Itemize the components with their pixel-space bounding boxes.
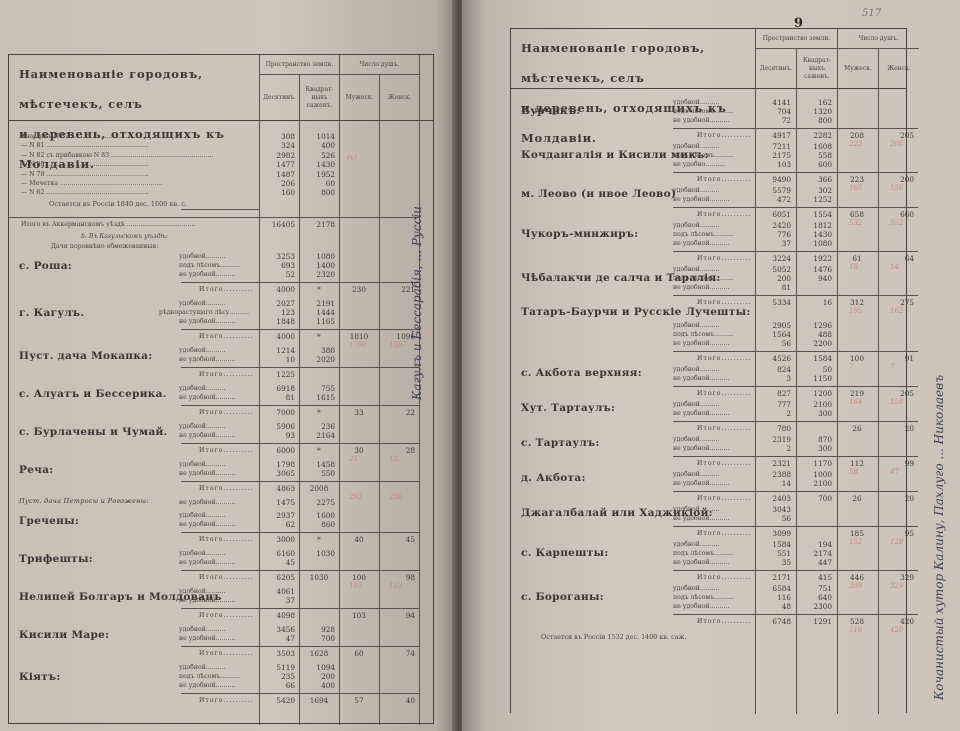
pencil-correction-male: 21 [349,455,358,463]
district-total-desyatin: 16405 [259,220,295,229]
land-type-label: подъ лѣсомъ.......... [179,262,240,269]
divider [181,646,419,647]
land-type-label: не удобной.......... [179,682,235,689]
land-type-label: не удобной.......... [179,318,235,325]
sazhen-value: 2174 [796,549,832,558]
desyatin-value: 4141 [755,98,791,107]
land-type-label: не удобной.......... [179,635,235,642]
settlement-name: с. Карпешты: [521,547,609,559]
sazhen-value: 1000 [796,470,832,479]
sazhen-value: 755 [299,384,335,393]
divider [673,251,918,252]
pencil-correction-male: 292 [349,493,362,501]
total-male: 112 [839,459,875,468]
total-male: 230 [341,285,377,294]
land-type-label: удобной.......... [673,266,720,273]
land-type-label: удобной.......... [179,512,226,519]
total-desyatin: 4917 [755,131,791,140]
total-sazhen: 366 [796,175,832,184]
total-label: Итого.......... [199,409,253,416]
divider [673,128,918,129]
left-table-header: Наименованіе городовъ, мѣстечекъ, селъ и… [9,55,433,121]
desyatin-value: 56 [755,514,791,523]
sazhen-value: 2320 [299,270,335,279]
desyatin-value: 62 [259,520,295,529]
total-desyatin: 3000 [259,535,295,544]
plot-row-label: — N 82 съ прибавкою N 83 ...............… [21,152,213,159]
land-type-label: не удобной.......... [673,284,729,291]
total-male: 40 [341,535,377,544]
divider [673,614,918,615]
desyatin-value: 66 [259,681,295,690]
total-desyatin: 4098 [259,611,295,620]
land-type-label: рѣдкорастущаго лѣсу.......... [159,309,249,316]
desyatin-value: 824 [755,365,791,374]
pencil-correction-male: 7 [849,363,853,371]
pencil-correction-male: 165 [849,184,862,192]
divider [673,172,918,173]
desyatin-value: 235 [259,672,295,681]
divider [181,443,419,444]
total-label: Итого.......... [199,697,253,704]
desyatin-value: 1798 [259,460,295,469]
pencil-correction-female: 226 [389,493,402,501]
total-sazhen: * [301,285,337,294]
total-sazhen: 700 [796,494,832,503]
sazhen-value: 1400 [299,261,335,270]
header-title: Наименованіе городовъ, мѣстечекъ, селъ и… [511,29,751,88]
settlement-name: с. Роша: [19,260,72,272]
total-desyatin: 1225 [259,370,295,379]
sazhen-value: 300 [796,444,832,453]
total-sazhen: 1200 [796,389,832,398]
sazhen-value: 1952 [299,170,335,179]
desyatin-value: 693 [259,261,295,270]
land-type-label: удобной.......... [673,187,720,194]
sazhen-value: 1296 [796,321,832,330]
desyatin-value: 776 [755,230,791,239]
desyatin-value: 81 [755,283,791,292]
desyatin-value: 116 [755,593,791,602]
total-label: Итого.......... [697,618,751,625]
divider [673,456,918,457]
total-desyatin: 4863 [259,484,295,493]
plot-row-label: — Мечетка ..............................… [21,180,162,187]
total-label: Итого.......... [697,132,751,139]
settlement-name: с. Алуатъ и Бессерика. [19,388,167,400]
sazhen-value: 1252 [796,195,832,204]
total-sazhen: 1922 [796,254,832,263]
total-male: 446 [839,573,875,582]
land-type-label: удобной.......... [673,99,720,106]
land-type-label: не удобной.......... [179,356,235,363]
total-label: Итого.......... [697,425,751,432]
remaining-in-russia-note: Остается въ Россіи 1840 дес. 1600 кв. с. [49,200,187,208]
divider [673,421,918,422]
header-title: Наименованіе городовъ, мѣстечекъ, селъ и… [9,55,257,120]
desyatin-value: 2937 [259,511,295,520]
pencil-correction-female: 128 [890,538,903,546]
total-female: 420 [878,617,914,626]
pencil-correction-female: 420 [890,626,903,634]
settlement-name: Пуст. дача Мокапка: [19,350,152,362]
total-label: Итого.......... [697,255,751,262]
desyatin-value: 1214 [259,346,295,355]
space-group-header: Пространство земли. [755,29,837,49]
total-male: 61 [839,254,875,263]
district-total-sazhen: 2178 [299,220,335,229]
sazhen-value: 928 [299,625,335,634]
total-male: 60 [341,649,377,658]
land-type-label: удобной.......... [179,253,226,260]
total-male: 185 [839,529,875,538]
desyatin-value: 2388 [755,470,791,479]
sazhen-value: 2300 [796,602,832,611]
sazhen-value: 400 [299,681,335,690]
total-sazhen: 1030 [301,573,337,582]
desyatin-value: 4061 [259,587,295,596]
divider [181,209,259,210]
sazhen-value: 2100 [796,479,832,488]
sazhen-value: 1080 [299,252,335,261]
pencil-correction-female: 7 [890,363,894,371]
land-type-label: удобной.......... [179,385,226,392]
total-female: 20 [878,494,914,503]
total-label: Итого.......... [199,371,253,378]
settlement-name: Трифешты: [19,553,93,565]
pencil-correction-male: 16 [849,263,858,271]
pencil-mark: (х) [347,154,356,162]
total-sazhen: 2008 [301,484,337,493]
sazhen-value: 1014 [299,132,335,141]
land-type-label: удобной.......... [673,585,720,592]
land-type-label: подъ лѣсомъ.......... [673,231,734,238]
total-label: Итого.......... [199,612,253,619]
total-label: Итого.......... [697,495,751,502]
total-desyatin: 6748 [755,617,791,626]
desyatin-value: 1487 [259,170,295,179]
desyatin-value: 5906 [259,422,295,431]
pencil-correction-male: 1798 [349,341,367,349]
land-type-label: подъ лѣсомъ.......... [673,550,734,557]
plot-row-label: Участокъ N 82 ..........................… [21,133,173,140]
plot-row-label: — N 62 .................................… [21,189,149,196]
total-male: 100 [341,573,377,582]
col-male: Мужеск. [837,49,878,88]
total-label: Итого.......... [199,333,253,340]
sazhen-value: 2275 [299,498,335,507]
desyatin-value: 14 [755,479,791,488]
land-type-label: удобной.......... [179,588,226,595]
land-type-label: не удобной.......... [673,445,729,452]
pencil-correction-female: 206 [890,140,903,148]
total-sazhen: * [301,446,337,455]
sazhen-value: 600 [796,160,832,169]
sazhen-value: 2191 [299,299,335,308]
sazhen-value: 60 [299,179,335,188]
desyatin-value: 308 [259,132,295,141]
pencil-correction-female: 158 [890,398,903,406]
total-sazhen: 1694 [301,696,337,705]
total-desyatin: 2321 [755,459,791,468]
divider [181,282,419,283]
sazhen-value: 1150 [796,374,832,383]
land-type-label: подъ лѣсомъ.......... [673,331,734,338]
district-total-label: Итого въ Аккерманскомъ уѣздѣ ...........… [21,221,195,228]
total-female: 22 [379,408,415,417]
land-type-label: подъ лѣсомъ.......... [673,275,734,282]
total-sazhen: 415 [796,573,832,582]
land-type-label: удобной.......... [673,222,720,229]
sazhen-value: 1094 [299,663,335,672]
total-desyatin: 2171 [755,573,791,582]
total-male: 219 [839,389,875,398]
settlement-name: Бурчакъ: [521,105,580,117]
desyatin-value: 2175 [755,151,791,160]
sazhen-value: 50 [796,365,832,374]
total-male: 26 [839,494,875,503]
desyatin-value: 551 [755,549,791,558]
total-sazhen: 1170 [796,459,832,468]
remaining-in-russia-note: Остается въ Россіи 1532 дес. 1400 кв. са… [541,633,686,641]
sazhen-value: 558 [796,151,832,160]
total-male: 26 [839,424,875,433]
pencil-correction-female: 12 [389,455,398,463]
settlement-name: Кіятъ: [19,671,61,683]
sazhen-value: 1430 [796,230,832,239]
sazhen-value: 302 [796,186,832,195]
col-desyatin: Десятинъ. [259,75,299,120]
land-type-label: не удобной.......... [673,603,729,610]
sazhen-value: 380 [299,346,335,355]
total-male: 33 [341,408,377,417]
divider [181,570,419,571]
desyatin-value: 72 [755,116,791,125]
sazhen-value: 1608 [796,142,832,151]
sazhen-value: 200 [299,672,335,681]
divider [673,526,918,527]
left-page: Наименованіе городовъ, мѣстечекъ, селъ и… [0,0,455,731]
total-female: 94 [379,611,415,620]
land-type-label: удобной.......... [179,347,226,354]
land-type-label: удобной.......... [179,461,226,468]
total-desyatin: 2403 [755,494,791,503]
right-page: 9 517 Наименованіе городовъ, мѣстечекъ, … [462,0,960,731]
total-desyatin: 3224 [755,254,791,263]
land-type-label: не удобной.......... [179,597,235,604]
total-desyatin: 6205 [259,573,295,582]
land-type-label: не удобной.......... [673,240,729,247]
desyatin-value: 6918 [259,384,295,393]
total-sazhen: * [301,535,337,544]
col-sq-sazhen: Квадрат-ныхъ саженъ. [796,49,837,88]
sazhen-value: 640 [796,593,832,602]
desyatin-value: 3043 [755,505,791,514]
total-male: 528 [839,617,875,626]
total-female: 205 [878,389,914,398]
land-type-label: не удобной.......... [673,410,729,417]
desyatin-value: 1475 [259,498,295,507]
total-female: 275 [878,298,914,307]
total-male: 208 [839,131,875,140]
desyatin-value: 1848 [259,317,295,326]
land-type-label: удобной.......... [673,366,720,373]
total-female: 660 [878,210,914,219]
desyatin-value: 704 [755,107,791,116]
land-type-label: удобной.......... [673,471,720,478]
desyatin-value: 47 [259,634,295,643]
total-sazhen: * [301,332,337,341]
plot-row-label: — N 81 .................................… [21,142,149,149]
header-title-line1: Наименованіе городовъ, мѣстечекъ, селъ [19,59,247,119]
corner-mark: 517 [862,8,881,19]
total-sazhen: 1628 [301,649,337,658]
sazhen-value: 2020 [299,355,335,364]
sazhen-value: 2200 [796,339,832,348]
land-type-label: удобной.......... [673,322,720,329]
desyatin-value: 5579 [755,186,791,195]
divider [673,207,918,208]
sazhen-value: 488 [796,330,832,339]
divider [673,295,918,296]
desyatin-value: 1477 [259,160,295,169]
total-male: 312 [839,298,875,307]
divider [181,405,419,406]
divider [673,570,918,571]
sazhen-value: 1080 [796,239,832,248]
settlement-name: с. Бороганы: [521,591,604,603]
desyatin-value: 103 [755,160,791,169]
settlement-name: Кисили Маре: [19,629,109,641]
right-table-header: Наименованіе городовъ, мѣстечекъ, селъ и… [511,29,906,89]
total-sazhen: 1554 [796,210,832,219]
total-sazhen: 1291 [796,617,832,626]
desyatin-value: 1584 [755,540,791,549]
pencil-correction-male: 195 [849,307,862,315]
sazhen-value: 800 [299,188,335,197]
pencil-correction-female: 47 [890,468,899,476]
land-type-label: не удобной.......... [179,499,235,506]
sazhen-value: 1320 [796,107,832,116]
total-male: 223 [839,175,875,184]
left-table-frame: Наименованіе городовъ, мѣстечекъ, селъ и… [8,54,434,724]
divider [181,608,419,609]
total-female: 205 [878,131,914,140]
total-desyatin: 6051 [755,210,791,219]
sazhen-value: 940 [796,274,832,283]
desyatin-value: 3065 [259,469,295,478]
pencil-correction-female: 156 [890,184,903,192]
land-type-label: подъ лѣсомъ.......... [179,673,240,680]
divider [181,329,419,330]
divider [673,491,918,492]
land-type-label: удобной.......... [179,626,226,633]
total-female: 74 [379,649,415,658]
sazhen-value: 162 [796,98,832,107]
settlement-name: с. Тартаулъ: [521,437,600,449]
desyatin-value: 3 [755,374,791,383]
desyatin-value: 5119 [259,663,295,672]
total-female: 20 [878,424,914,433]
col-female: Женск. [878,49,919,88]
desyatin-value: 7211 [755,142,791,151]
desyatin-value: 56 [755,339,791,348]
desyatin-value: 6584 [755,584,791,593]
desyatin-value: 2027 [259,299,295,308]
total-male: 100 [839,354,875,363]
desyatin-value: 2 [755,409,791,418]
total-desyatin: 4000 [259,332,295,341]
desyatin-value: 472 [755,195,791,204]
land-type-label: не удобной.......... [179,521,235,528]
sazhen-value: 1030 [299,549,335,558]
land-type-label: удобной.......... [179,664,226,671]
total-label: Итого.......... [199,485,253,492]
total-desyatin: 6000 [259,446,295,455]
land-type-label: не удобной.......... [673,559,729,566]
settlement-name: с. Акбота верхняя: [521,367,642,379]
settlement-name: м. Леово (и нвое Леово) [521,188,676,200]
total-female: 45 [379,535,415,544]
desyatin-value: 81 [259,393,295,402]
total-label: Итого.......... [199,536,253,543]
settlement-name: Пуст. дача Петросы и Рогожены: [19,497,149,505]
col-sq-sazhen: Квадрат-ныхъ саженъ. [299,75,339,120]
pencil-correction-male: 105 [349,582,362,590]
desyatin-value: 6160 [259,549,295,558]
desyatin-value: 324 [259,141,295,150]
total-male: 57 [341,696,377,705]
district-subheading: Дачи поровнѣно обмежеванныя: [51,243,158,250]
total-desyatin: 4000 [259,285,295,294]
total-label: Итого.......... [697,176,751,183]
total-desyatin: 3503 [259,649,295,658]
sazhen-value: 800 [796,116,832,125]
col-female: Женск. [379,75,419,120]
desyatin-value: 45 [259,558,295,567]
total-label: Итого.......... [199,650,253,657]
desyatin-value: 2905 [755,321,791,330]
total-male: 30 [341,446,377,455]
sazhen-value: 870 [796,435,832,444]
land-type-label: не удобной.......... [179,394,235,401]
land-type-label: удобной.......... [673,143,720,150]
total-female: 64 [878,254,914,263]
header-title-line1: Наименованіе городовъ, мѣстечекъ, селъ [521,33,741,93]
sazhen-value: 194 [796,540,832,549]
land-type-label: подъ лѣсомъ.......... [673,108,734,115]
land-type-label: удобной.......... [673,436,720,443]
land-type-label: не удобной.......... [673,480,729,487]
land-type-label: удобной.......... [179,423,226,430]
land-type-label: не удобной.......... [179,470,235,477]
pencil-correction-female: 329 [890,582,903,590]
total-label: Итого.......... [697,211,751,218]
total-sazhen: 2282 [796,131,832,140]
total-label: Итого.......... [697,390,751,397]
total-female: 40 [379,696,415,705]
sazhen-value: 1812 [796,221,832,230]
total-female: 28 [379,446,415,455]
desyatin-value: 2 [755,444,791,453]
land-type-label: не удобной.......... [179,432,235,439]
desyatin-value: 93 [259,431,295,440]
settlement-name: Реча: [19,464,53,476]
land-type-label: подъ лѣсомъ.......... [673,594,734,601]
desyatin-value: 48 [755,602,791,611]
sazhen-value: 400 [299,141,335,150]
land-type-label: удобной.......... [673,541,720,548]
